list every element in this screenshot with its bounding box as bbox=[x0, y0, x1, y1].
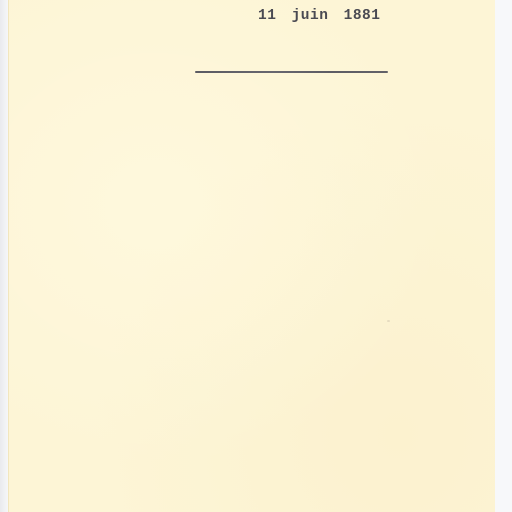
separator-rule bbox=[195, 71, 388, 73]
date-line: 11 juin 1881 bbox=[258, 8, 380, 24]
paper-speck bbox=[387, 320, 390, 322]
paper-sheet: 11 juin 1881 bbox=[8, 0, 495, 512]
scanner-margin-right bbox=[495, 0, 512, 512]
